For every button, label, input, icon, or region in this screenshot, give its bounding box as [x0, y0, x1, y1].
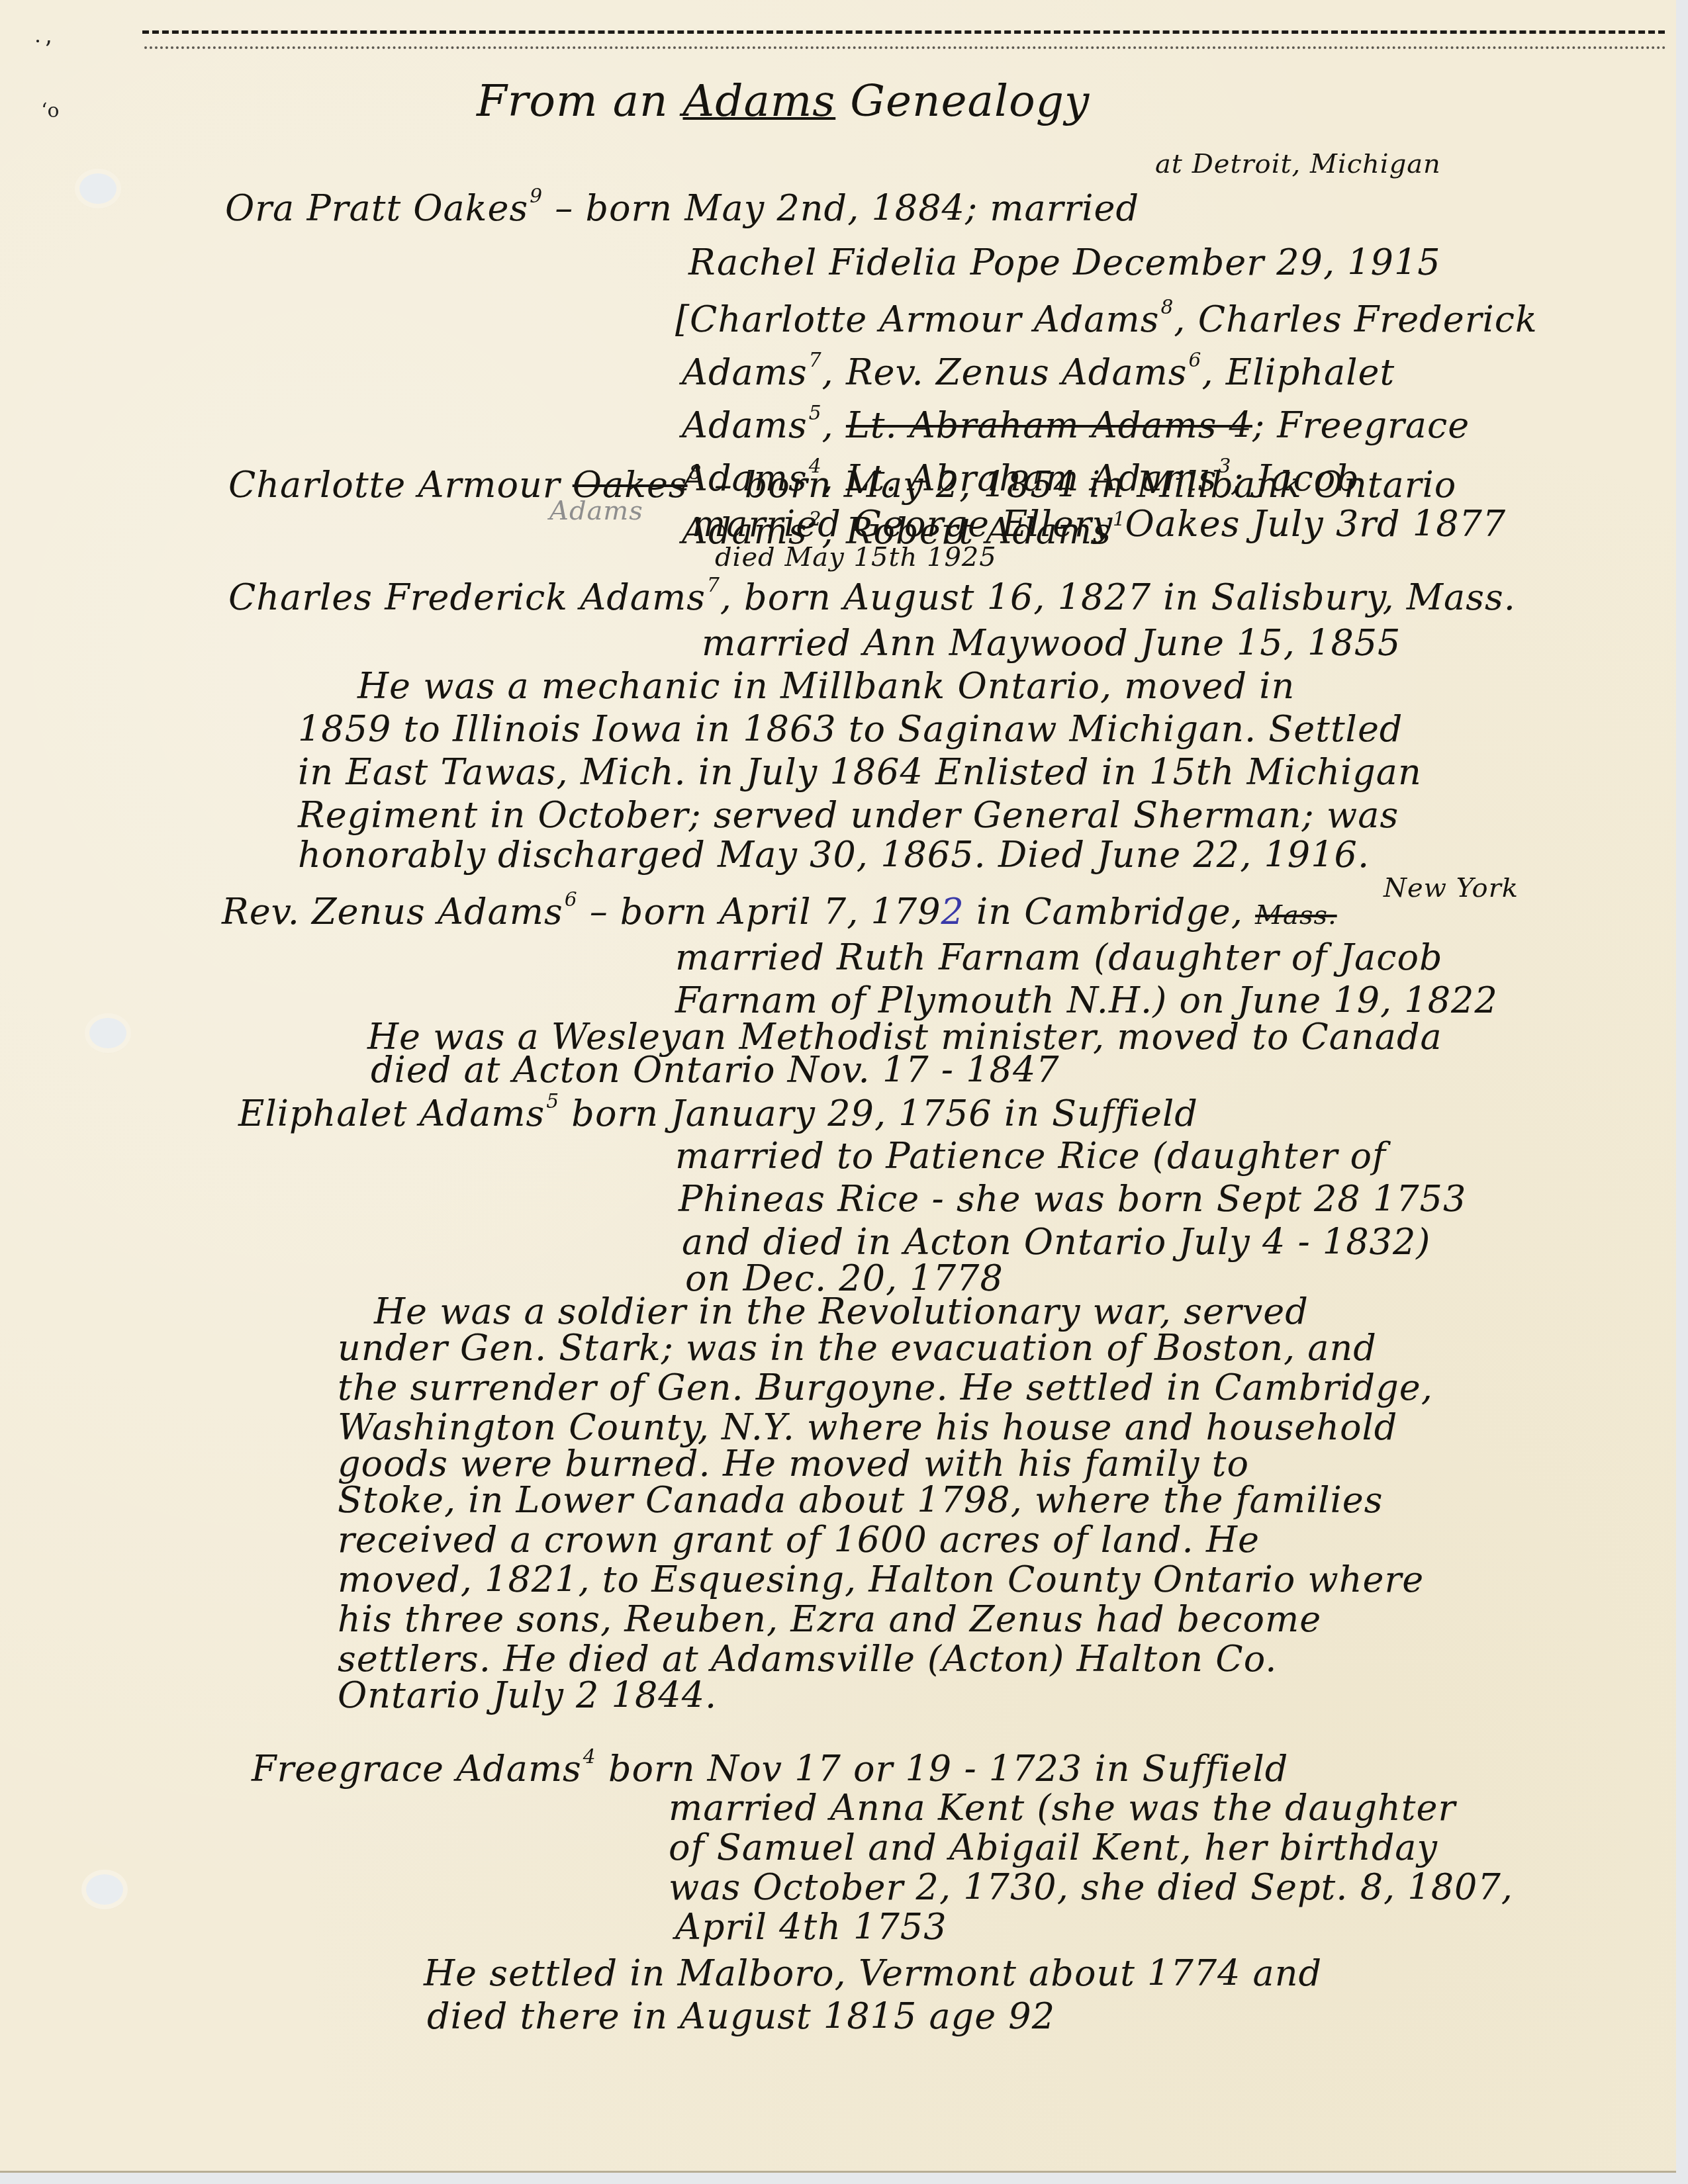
ora-born: – born May 2nd, 1884; married	[555, 187, 1139, 229]
ora-lineage-line-2: Adams7, Rev. Zenus Adams6, Eliphalet	[682, 351, 1395, 390]
charles-bio-line: in East Tawas, Mich. in July 1864 Enlist…	[298, 754, 1422, 790]
eliphalet-bio-line: his three sons, Reuben, Ezra and Zenus h…	[338, 1602, 1321, 1637]
eliphalet-bio-line: under Gen. Stark; was in the evacuation …	[338, 1330, 1377, 1366]
ora-lineage-line-1: [Charlotte Armour Adams8, Charles Freder…	[675, 298, 1538, 338]
struck-through-text: Mass.	[1255, 900, 1337, 931]
charlotte-name: Charlotte Armour	[228, 464, 561, 506]
freegrace-married-line: April 4th 1753	[675, 1909, 947, 1945]
eliphalet-bio-line: Stoke, in Lower Canada about 1798, where…	[338, 1482, 1383, 1518]
charles-entry-line: Charles Frederick Adams7, born August 16…	[228, 576, 1516, 615]
eliphalet-bio-line: settlers. He died at Adamsville (Acton) …	[338, 1641, 1277, 1677]
ora-entry-line: Ora Pratt Oakes9 – born May 2nd, 1884; m…	[225, 187, 1139, 226]
charles-bio-line: 1859 to Illinois Iowa in 1863 to Saginaw…	[298, 711, 1403, 747]
eliphalet-married-line: and died in Acton Ontario July 4 - 1832)	[682, 1224, 1430, 1260]
top-dashed-rule	[142, 30, 1665, 34]
freegrace-bio-line: He settled in Malboro, Vermont about 177…	[424, 1956, 1322, 1991]
eliphalet-bio-line: He was a soldier in the Revolutionary wa…	[374, 1294, 1309, 1330]
struck-through-text: Lt. Abraham Adams 4	[846, 404, 1252, 446]
freegrace-married-line: married Anna Kent (she was the daughter	[669, 1790, 1456, 1826]
zenus-born-place: in Cambridge,	[964, 891, 1243, 933]
freegrace-entry-line: Freegrace Adams4 born Nov 17 or 19 - 172…	[252, 1747, 1288, 1787]
lineage-text: , Eliphalet	[1201, 351, 1395, 393]
generation-number: 7	[809, 349, 822, 372]
generation-number: 5	[809, 402, 822, 425]
ora-spouse-line: Rachel Fidelia Pope December 29, 1915	[688, 245, 1441, 281]
charles-name: Charles Frederick Adams	[228, 576, 706, 618]
charlotte-born: – born May 2, 1854 in Millbank Ontario	[714, 464, 1457, 506]
generation-number: 8	[1160, 296, 1174, 319]
lineage-text: , Rev. Zenus Adams	[822, 351, 1188, 393]
ora-lineage-line-3: Adams5, Lt. Abraham Adams 4; Freegrace	[682, 404, 1470, 443]
zenus-married-line: married Ruth Farnam (daughter of Jacob	[675, 940, 1443, 976]
lineage-text: , Charles Frederick	[1174, 298, 1537, 340]
charles-bio-line: He was a mechanic in Millbank Ontario, m…	[357, 668, 1295, 704]
eliphalet-married-line: Phineas Rice - she was born Sept 28 1753	[679, 1181, 1466, 1217]
generation-number: 5	[546, 1090, 559, 1113]
generation-number: 9	[530, 185, 543, 208]
generation-number: 6	[565, 888, 578, 911]
generation-number: 8	[689, 461, 702, 484]
page-title: From an Adams Genealogy	[477, 79, 1090, 123]
punch-hole-bottom	[86, 1874, 123, 1905]
title-prefix: From an	[477, 75, 669, 126]
document-page: ˙ʼ ʻo From an Adams Genealogy at Detroit…	[0, 0, 1676, 2173]
freegrace-born: born Nov 17 or 19 - 1723 in Suffield	[608, 1748, 1289, 1790]
charles-born: , born August 16, 1827 in Salisbury, Mas…	[720, 576, 1516, 618]
generation-number: 6	[1189, 349, 1202, 372]
freegrace-married-line: of Samuel and Abigail Kent, her birthday	[669, 1830, 1438, 1866]
ink-smudge: ʻo	[41, 99, 60, 122]
eliphalet-bio-line: moved, 1821, to Esquesing, Halton County…	[338, 1562, 1424, 1598]
blue-ink-correction: 2	[941, 891, 964, 933]
eliphalet-bio-line: Washington County, N.Y. where his house …	[338, 1410, 1397, 1445]
lineage-text: [Charlotte Armour Adams	[675, 298, 1159, 340]
zenus-married-line: Farnam of Plymouth N.H.) on June 19, 182…	[675, 983, 1498, 1019]
title-underlined-word: Adams	[682, 75, 835, 126]
charles-bio-line: Regiment in October; served under Genera…	[298, 797, 1399, 833]
generation-number: 7	[707, 574, 720, 597]
title-suffix: Genealogy	[850, 75, 1090, 126]
zenus-place-insert: New York	[1383, 875, 1519, 901]
charlotte-married: married George Ellery Oakes July 3rd 187…	[692, 506, 1506, 542]
eliphalet-name: Eliphalet Adams	[238, 1093, 545, 1134]
lineage-text: Adams	[682, 351, 808, 393]
eliphalet-bio-line: received a crown grant of 1600 acres of …	[338, 1522, 1260, 1558]
eliphalet-bio-line: the surrender of Gen. Burgoyne. He settl…	[338, 1370, 1433, 1406]
lineage-text: ; Freegrace	[1252, 404, 1470, 446]
zenus-bio-line: died at Acton Ontario Nov. 17 - 1847	[371, 1052, 1060, 1088]
eliphalet-born: born January 29, 1756 in Suffield	[571, 1093, 1198, 1134]
punch-hole-middle	[89, 1018, 126, 1048]
ora-name: Ora Pratt Oakes	[225, 187, 528, 229]
zenus-name: Rev. Zenus Adams	[222, 891, 563, 933]
charlotte-died: died May 15th 1925	[715, 544, 997, 570]
eliphalet-married-line: married to Patience Rice (daughter of	[675, 1138, 1386, 1174]
freegrace-married-line: was October 2, 1730, she died Sept. 8, 1…	[669, 1870, 1513, 1905]
zenus-entry-line: Rev. Zenus Adams6 – born April 7, 1792 i…	[222, 890, 1337, 930]
pencil-correction: Adams	[549, 498, 643, 524]
charles-bio-line: honorably discharged May 30, 1865. Died …	[298, 837, 1370, 873]
charles-married: married Ann Maywood June 15, 1855	[702, 625, 1401, 661]
ink-smudge: ˙ʼ	[32, 36, 51, 64]
generation-number: 4	[583, 1745, 596, 1768]
eliphalet-bio-line: Ontario July 2 1844.	[338, 1678, 717, 1713]
punch-hole-top	[79, 173, 117, 204]
freegrace-bio-line: died there in August 1815 age 92	[427, 1999, 1055, 2034]
charlotte-entry-line: Charlotte Armour Oakes8 – born May 2, 18…	[228, 463, 1456, 503]
freegrace-name: Freegrace Adams	[252, 1748, 582, 1790]
ora-place-insert: at Detroit, Michigan	[1155, 151, 1441, 177]
top-dotted-rule	[144, 46, 1667, 49]
lineage-text: Adams	[682, 404, 808, 446]
eliphalet-entry-line: Eliphalet Adams5 born January 29, 1756 i…	[238, 1092, 1198, 1132]
zenus-born: – born April 7, 179	[590, 891, 941, 933]
eliphalet-bio-line: goods were burned. He moved with his fam…	[338, 1446, 1249, 1482]
